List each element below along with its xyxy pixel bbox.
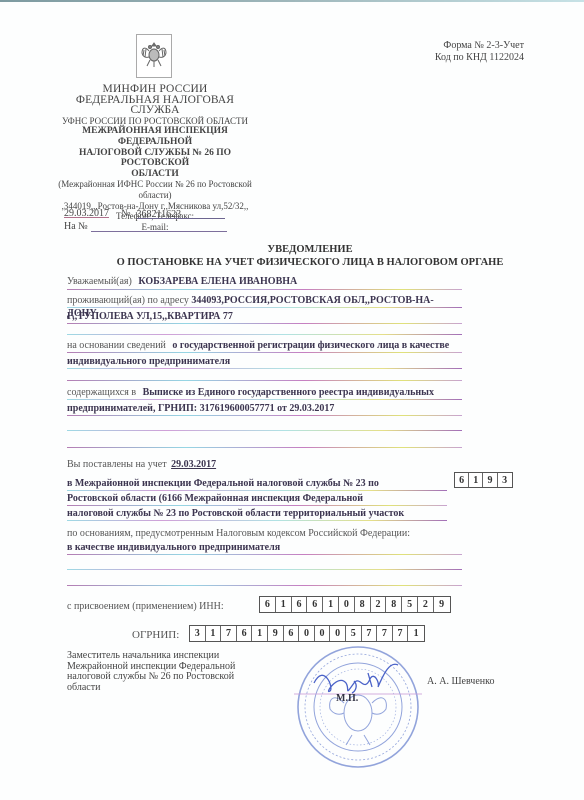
authority-row1: в Межрайонной инспекции Федеральной нало…	[67, 477, 447, 490]
ogrnip-digit: 3	[190, 626, 206, 641]
scan-top-edge	[0, 0, 584, 2]
ministry: МИНФИН РОССИИ	[55, 84, 255, 95]
ogrnip-digit: 7	[377, 626, 393, 641]
inspection-short-name-line2: области)	[55, 190, 255, 201]
authority-row3: налоговой службы № 23 по Ростовской обла…	[67, 507, 447, 520]
regional-office: УФНС РОССИИ ПО РОСТОВСКОЙ ОБЛАСТИ	[55, 116, 255, 127]
inn-digit: 5	[402, 597, 418, 612]
inspection-name-line1: МЕЖРАЙОННАЯ ИНСПЕКЦИЯ ФЕДЕРАЛЬНОЙ	[55, 126, 255, 147]
inn-digit: 6	[260, 597, 276, 612]
registration-date: 29.03.2017	[171, 459, 216, 470]
document-number-field: 368211623	[137, 209, 225, 219]
authority-line3: налоговой службы № 23 по Ростовской обла…	[67, 508, 404, 519]
ogrnip-digit: 5	[346, 626, 362, 641]
ogrnip-digit: 6	[284, 626, 300, 641]
reply-to-label: На №	[64, 221, 88, 232]
registration-label: Вы поставлены на учет	[67, 459, 167, 470]
authority-line2: Ростовской области (6166 Межрайонная инс…	[67, 493, 363, 504]
ogrnip-digit: 7	[393, 626, 409, 641]
recipient-name: КОБЗАРЕВА ЕЛЕНА ИВАНОВНА	[138, 276, 297, 287]
inn-boxes: 616610828529	[259, 596, 451, 613]
source-value-line2: предпринимателей, ГРНИП: 317619600057771…	[67, 403, 334, 414]
recipient-address-row2: Г,,ТУПОЛЕВА УЛ,15,,КВАРТИРА 77	[67, 310, 462, 323]
basis-row: на основании сведений о государственной …	[67, 339, 462, 352]
basis-value-line1: о государственной регистрации физическог…	[172, 340, 449, 351]
authority-code-digit: 3	[498, 473, 512, 487]
inn-digit: 1	[323, 597, 339, 612]
basis-label: на основании сведений	[67, 340, 166, 351]
signer-name: А. А. Шевченко	[427, 676, 494, 687]
form-number: Форма № 2-3-Учет	[435, 40, 524, 52]
ogrnip-digit: 0	[315, 626, 331, 641]
source-row2: предпринимателей, ГРНИП: 317619600057771…	[67, 402, 462, 415]
grounds-label: по основаниям, предусмотренным Налоговым…	[67, 527, 487, 540]
authority-code-boxes: 6193	[454, 472, 513, 488]
document-reference: 29.03.2017 № 368211623 На №	[64, 207, 227, 233]
basis-value-line2: индивидуального предпринимателя	[67, 356, 230, 367]
title-line1: УВЕДОМЛЕНИЕ	[60, 244, 560, 257]
recipient-name-row: Уважаемый(ая) КОБЗАРЕВА ЕЛЕНА ИВАНОВНА	[67, 275, 462, 288]
ogrnip-digit: 7	[221, 626, 237, 641]
ogrnip-digit: 0	[330, 626, 346, 641]
authority-row2: Ростовской области (6166 Межрайонная инс…	[67, 492, 447, 505]
inn-digit: 2	[418, 597, 434, 612]
address-label: проживающий(ая) по адресу	[67, 295, 189, 306]
ogrnip-digit: 6	[237, 626, 253, 641]
registration-row: Вы поставлены на учет 29.03.2017	[67, 458, 462, 471]
document-number: 368211623	[137, 209, 182, 220]
authority-line1: в Межрайонной инспекции Федеральной нало…	[67, 478, 379, 489]
ogrnip-digit: 0	[299, 626, 315, 641]
source-label: содержащихся в	[67, 387, 136, 398]
inn-digit: 9	[434, 597, 450, 612]
salutation-label: Уважаемый(ая)	[67, 276, 132, 287]
ogrnip-digit: 9	[268, 626, 284, 641]
number-label: №	[121, 208, 131, 219]
inspection-name-line2: НАЛОГОВОЙ СЛУЖБЫ № 26 ПО РОСТОВСКОЙ	[55, 148, 255, 169]
inn-digit: 0	[339, 597, 355, 612]
inspection-short-name-line1: (Межрайонная ИФНС России № 26 по Ростовс…	[55, 179, 255, 190]
grounds-row: в качестве индивидуального предпринимате…	[67, 541, 462, 554]
document-title: УВЕДОМЛЕНИЕ О ПОСТАНОВКЕ НА УЧЕТ ФИЗИЧЕС…	[60, 244, 560, 269]
ogrnip-digit: 1	[408, 626, 424, 641]
signer-position: Заместитель начальника инспекции Межрайо…	[67, 651, 235, 693]
authority-code-digit: 9	[483, 473, 497, 487]
ogrnip-digit: 1	[206, 626, 222, 641]
ogrnip-digit: 7	[362, 626, 378, 641]
ogrnip-boxes: 317619600057771	[189, 625, 425, 642]
inn-digit: 6	[307, 597, 323, 612]
seal-label: М.П.	[336, 693, 358, 704]
basis-row2: индивидуального предпринимателя	[67, 355, 462, 368]
inspection-name-line3: ОБЛАСТИ	[55, 169, 255, 180]
inn-digit: 2	[371, 597, 387, 612]
russian-coat-of-arms-icon	[136, 34, 172, 78]
inn-digit: 8	[386, 597, 402, 612]
inn-digit: 8	[355, 597, 371, 612]
inn-label: с присвоением (применением) ИНН:	[67, 600, 267, 613]
document-date: 29.03.2017	[64, 208, 109, 219]
grounds-value: в качестве индивидуального предпринимате…	[67, 542, 280, 553]
title-line2: О ПОСТАНОВКЕ НА УЧЕТ ФИЗИЧЕСКОГО ЛИЦА В …	[60, 257, 560, 270]
authority-code-digit: 1	[469, 473, 483, 487]
service-name: ФЕДЕРАЛЬНАЯ НАЛОГОВАЯ СЛУЖБА	[55, 95, 255, 116]
source-value-line1: Выписке из Единого государственного реес…	[143, 387, 434, 398]
authority-code-digit: 6	[455, 473, 469, 487]
inn-digit: 1	[276, 597, 292, 612]
reply-to-field	[91, 222, 227, 232]
form-reference: Форма № 2-3-Учет Код по КНД 1122024	[435, 40, 524, 64]
address-line2: Г,,ТУПОЛЕВА УЛ,15,,КВАРТИРА 77	[67, 311, 233, 322]
source-row: содержащихся в Выписке из Единого госуда…	[67, 386, 462, 399]
official-seal-icon	[294, 643, 422, 771]
knd-code: Код по КНД 1122024	[435, 52, 524, 64]
inn-digit: 6	[292, 597, 308, 612]
ogrnip-digit: 1	[252, 626, 268, 641]
